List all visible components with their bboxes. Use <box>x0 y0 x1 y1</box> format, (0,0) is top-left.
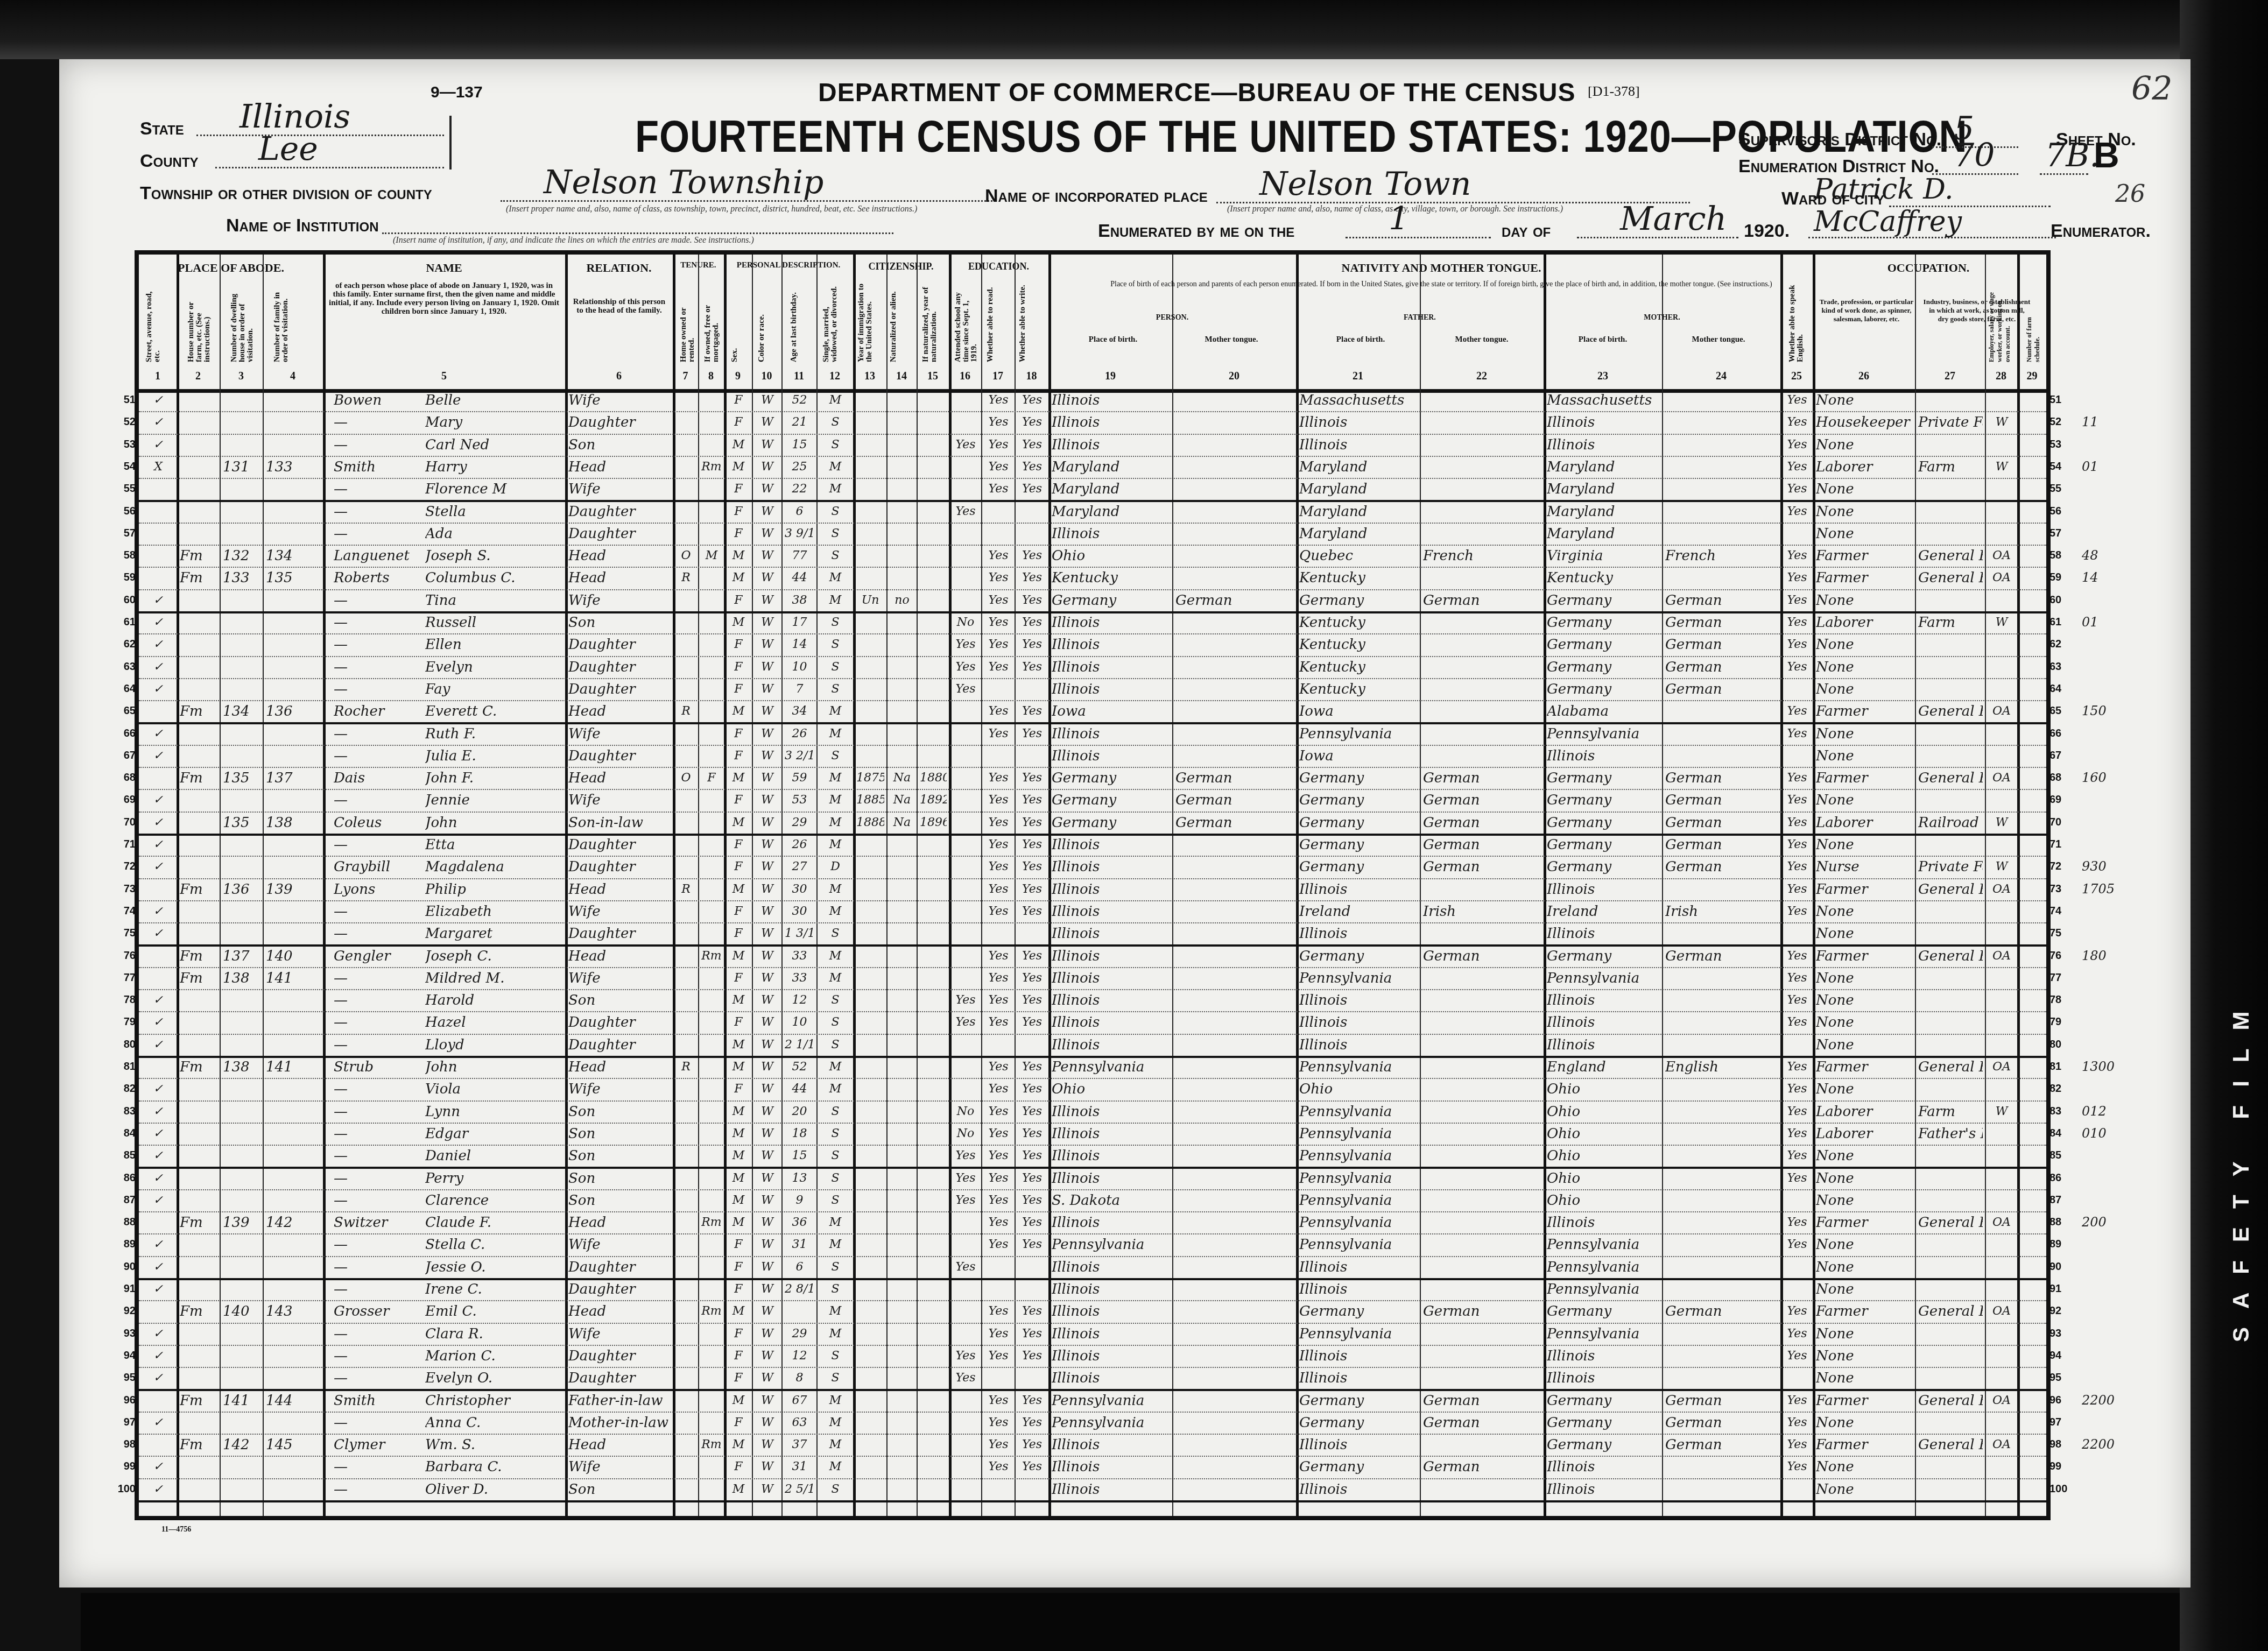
pob-cell: Ohio <box>1052 546 1170 566</box>
read-cell <box>984 502 1012 522</box>
mtongue-cell <box>1665 1234 1778 1255</box>
street-cell: ✓ <box>142 390 174 411</box>
house-cell <box>180 1102 217 1122</box>
sex-cell: F <box>727 1346 750 1366</box>
write-cell <box>1018 1257 1046 1278</box>
column-number: 2 <box>177 370 220 383</box>
given-name-cell: Daniel <box>425 1146 562 1166</box>
surname-cell: Languenet <box>334 546 420 566</box>
nat-cell <box>890 857 914 877</box>
mtongue-cell: German <box>1665 1413 1778 1433</box>
ftongue-cell: French <box>1423 546 1541 566</box>
age-cell: 29 <box>785 813 814 833</box>
given-name-cell: Columbus C. <box>425 568 562 588</box>
fpob-cell: Germany <box>1299 590 1418 611</box>
nat-cell <box>890 1346 914 1366</box>
relation-cell: Daughter <box>568 857 671 877</box>
race-cell: W <box>755 1457 779 1477</box>
write-cell: Yes <box>1018 457 1046 477</box>
tongue-cell <box>1175 1279 1294 1300</box>
stamp-number: 62 <box>2131 70 2172 108</box>
street-cell: ✓ <box>142 1124 174 1144</box>
imm-cell: Un <box>856 590 884 611</box>
mtongue-cell: German <box>1665 1391 1778 1411</box>
table-row: 7979✓—HazelDaughterFW10SYesYesYesIllinoi… <box>139 1011 2046 1034</box>
house-cell <box>180 612 217 633</box>
race-cell: W <box>755 1301 779 1322</box>
relation-cell: Wife <box>568 724 671 744</box>
ftongue-cell <box>1423 390 1541 411</box>
mpob-cell: Germany <box>1547 1435 1660 1455</box>
mort-cell <box>701 813 722 833</box>
own-cell <box>676 835 696 855</box>
read-cell: Yes <box>984 390 1012 411</box>
dwelling-cell: 142 <box>223 1435 260 1455</box>
relation-cell: Daughter <box>568 502 671 522</box>
school-cell: Yes <box>952 679 979 700</box>
school-cell: Yes <box>952 435 979 455</box>
school-cell: Yes <box>952 1146 979 1166</box>
col-24-label: Mother tongue. <box>1662 335 1775 344</box>
given-name-cell: John <box>425 1057 562 1077</box>
age-cell: 2 5/12 <box>785 1479 814 1500</box>
pob-cell: Germany <box>1052 590 1170 611</box>
read-cell <box>984 1257 1012 1278</box>
english-cell: Yes <box>1784 990 1811 1011</box>
own-cell <box>676 1479 696 1500</box>
relation-cell: Wife <box>568 901 671 922</box>
mtongue-cell: German <box>1665 835 1778 855</box>
surname-cell: — <box>334 790 420 810</box>
english-cell <box>1784 923 1811 944</box>
industry-cell: Farm <box>1918 612 1983 633</box>
school-cell <box>952 1279 979 1300</box>
given-name-cell: Florence M <box>425 479 562 499</box>
natyr-cell <box>920 1257 947 1278</box>
imm-cell <box>856 1479 884 1500</box>
house-cell <box>180 790 217 810</box>
dwelling-cell <box>223 835 260 855</box>
farm-cell <box>2020 546 2045 566</box>
street-cell <box>142 546 174 566</box>
line-number: 81 <box>112 1056 136 1078</box>
trade-cell: Nurse <box>1816 857 1913 877</box>
margin-annotation: 48 <box>2082 545 2127 567</box>
read-cell: Yes <box>984 1346 1012 1366</box>
mpob-cell: Illinois <box>1547 1346 1660 1366</box>
write-cell: Yes <box>1018 790 1046 810</box>
table-row: 100100✓—Oliver D.SonMW2 5/12SIllinoisIll… <box>139 1478 2046 1502</box>
english-cell: Yes <box>1784 502 1811 522</box>
surname-cell: — <box>334 1479 420 1500</box>
line-number-right: 97 <box>2049 1412 2080 1434</box>
race-cell: W <box>755 1391 779 1411</box>
school-cell <box>952 1324 979 1344</box>
own-cell: R <box>676 568 696 588</box>
school-cell <box>952 1079 979 1099</box>
nat-cell <box>890 479 914 499</box>
race-cell: W <box>755 679 779 700</box>
col-27-label: Industry, business, or establishment in … <box>1923 298 2031 323</box>
column-number: 3 <box>220 370 263 383</box>
marital-cell: M <box>820 1057 851 1077</box>
street-cell: ✓ <box>142 790 174 810</box>
family-cell <box>266 1035 321 1055</box>
house-cell <box>180 901 217 922</box>
street-cell: ✓ <box>142 590 174 611</box>
school-cell <box>952 1035 979 1055</box>
own-cell: O <box>676 768 696 788</box>
family-cell <box>266 634 321 655</box>
emp-cell <box>1988 968 2015 989</box>
sex-cell: F <box>727 679 750 700</box>
column-number: 21 <box>1296 370 1420 383</box>
natyr-cell <box>920 879 947 900</box>
race-cell: W <box>755 1190 779 1211</box>
mtongue-cell: German <box>1665 1301 1778 1322</box>
house-cell <box>180 634 217 655</box>
mort-cell <box>701 412 722 433</box>
pob-cell: Pennsylvania <box>1052 1234 1170 1255</box>
relation-cell: Wife <box>568 1324 671 1344</box>
race-cell: W <box>755 1057 779 1077</box>
age-cell: 36 <box>785 1212 814 1233</box>
english-cell: Yes <box>1784 901 1811 922</box>
school-cell <box>952 923 979 944</box>
fpob-cell: Pennsylvania <box>1299 1324 1418 1344</box>
read-cell: Yes <box>984 1324 1012 1344</box>
imm-cell <box>856 1413 884 1433</box>
natyr-cell <box>920 479 947 499</box>
table-row: 585848Fm132134LanguenetJoseph S.HeadOMMW… <box>139 545 2046 568</box>
industry-cell <box>1918 1479 1983 1500</box>
table-row: 7272930✓GraybillMagdalenaDaughterFW27DYe… <box>139 856 2046 879</box>
marital-cell: S <box>820 1012 851 1033</box>
english-cell: Yes <box>1784 1346 1811 1366</box>
ftongue-cell <box>1423 701 1541 722</box>
col-9-label: Sex. <box>731 281 739 362</box>
nat-cell <box>890 1391 914 1411</box>
own-cell <box>676 1190 696 1211</box>
line-number-right: 57 <box>2049 523 2080 545</box>
read-cell <box>984 1368 1012 1388</box>
trade-cell: None <box>1816 1346 1913 1366</box>
ftongue-cell <box>1423 1212 1541 1233</box>
industry-cell <box>1918 724 1983 744</box>
tongue-cell <box>1175 412 1294 433</box>
fpob-cell: Illinois <box>1299 990 1418 1011</box>
family-cell <box>266 524 321 544</box>
family-cell <box>266 479 321 499</box>
mtongue-cell: German <box>1665 612 1778 633</box>
own-cell <box>676 990 696 1011</box>
mtongue-cell <box>1665 1257 1778 1278</box>
emp-cell <box>1988 1479 2015 1500</box>
fpob-cell: Iowa <box>1299 701 1418 722</box>
english-cell: Yes <box>1784 1457 1811 1477</box>
ftongue-cell <box>1423 657 1541 678</box>
own-cell <box>676 435 696 455</box>
mpob-cell: Illinois <box>1547 1479 1660 1500</box>
read-cell: Yes <box>984 657 1012 678</box>
marital-cell: M <box>820 590 851 611</box>
dwelling-cell: 140 <box>223 1301 260 1322</box>
mtongue-cell <box>1665 1346 1778 1366</box>
mpob-cell: Illinois <box>1547 1012 1660 1033</box>
industry-cell: Father's Farm <box>1918 1124 1983 1144</box>
tongue-cell <box>1175 524 1294 544</box>
school-cell <box>952 724 979 744</box>
english-cell <box>1784 679 1811 700</box>
mpob-cell: Maryland <box>1547 502 1660 522</box>
relation-cell: Daughter <box>568 679 671 700</box>
surname-cell: Smith <box>334 457 420 477</box>
house-cell <box>180 390 217 411</box>
english-cell: Yes <box>1784 479 1811 499</box>
tongue-cell <box>1175 923 1294 944</box>
own-cell <box>676 724 696 744</box>
nat-cell <box>890 412 914 433</box>
dwelling-cell <box>223 901 260 922</box>
english-cell <box>1784 524 1811 544</box>
read-cell: Yes <box>984 568 1012 588</box>
emp-cell <box>1988 590 2015 611</box>
dwelling-cell <box>223 524 260 544</box>
school-cell: Yes <box>952 1368 979 1388</box>
table-row: 81811300Fm138141StrubJohnHeadRMW52MYesYe… <box>139 1056 2046 1079</box>
read-cell: Yes <box>984 1301 1012 1322</box>
trade-cell: Farmer <box>1816 1301 1913 1322</box>
fpob-cell: Pennsylvania <box>1299 1168 1418 1189</box>
surname-cell: — <box>334 412 420 433</box>
relation-cell: Daughter <box>568 412 671 433</box>
farm-cell <box>2020 435 2045 455</box>
age-cell: 21 <box>785 412 814 433</box>
natyr-cell <box>920 634 947 655</box>
dwelling-cell <box>223 1257 260 1278</box>
english-cell: Yes <box>1784 634 1811 655</box>
street-cell: ✓ <box>142 835 174 855</box>
marital-cell: M <box>820 1435 851 1455</box>
tongue-cell <box>1175 479 1294 499</box>
read-cell: Yes <box>984 1057 1012 1077</box>
table-row: 595914Fm133135RobertsColumbus C.HeadRMW4… <box>139 567 2046 590</box>
farm-cell <box>2020 990 2045 1011</box>
relation-cell: Daughter <box>568 923 671 944</box>
emp-cell <box>1988 657 2015 678</box>
pob-cell: Illinois <box>1052 1124 1170 1144</box>
english-cell: Yes <box>1784 457 1811 477</box>
mtongue-cell <box>1665 1324 1778 1344</box>
industry-cell: Railroad <box>1918 813 1983 833</box>
write-cell: Yes <box>1018 857 1046 877</box>
own-cell <box>676 1346 696 1366</box>
line-number: 63 <box>112 656 136 678</box>
table-row: 5757—AdaDaughterFW3 9/12SIllinoisMarylan… <box>139 523 2046 546</box>
dwelling-cell <box>223 990 260 1011</box>
tongue-cell <box>1175 612 1294 633</box>
trade-cell: None <box>1816 1413 1913 1433</box>
marital-cell: S <box>820 679 851 700</box>
surname-cell: Bowen <box>334 390 420 411</box>
read-cell: Yes <box>984 1079 1012 1099</box>
own-cell <box>676 1212 696 1233</box>
marital-cell: S <box>820 1257 851 1278</box>
trade-cell: Farmer <box>1816 946 1913 966</box>
age-cell: 12 <box>785 1346 814 1366</box>
fpob-cell: Kentucky <box>1299 568 1418 588</box>
pob-cell: Illinois <box>1052 634 1170 655</box>
industry-cell <box>1918 1234 1983 1255</box>
dwelling-cell <box>223 923 260 944</box>
table-row: 5353✓—Carl NedSonMW15SYesYesYesIllinoisI… <box>139 434 2046 457</box>
english-cell: Yes <box>1784 1435 1811 1455</box>
industry-cell <box>1918 1257 1983 1278</box>
sex-cell: F <box>727 502 750 522</box>
farm-cell <box>2020 412 2045 433</box>
table-row: 8686✓—PerrySonMW13SYesYesYesIllinoisPenn… <box>139 1167 2046 1190</box>
race-cell: W <box>755 790 779 810</box>
dwelling-cell: 136 <box>223 879 260 900</box>
english-cell: Yes <box>1784 590 1811 611</box>
race-cell: W <box>755 923 779 944</box>
mort-cell <box>701 1457 722 1477</box>
race-cell: W <box>755 590 779 611</box>
english-cell <box>1784 1257 1811 1278</box>
english-cell: Yes <box>1784 1168 1811 1189</box>
imm-cell <box>856 612 884 633</box>
age-cell: 30 <box>785 901 814 922</box>
farm-cell <box>2020 1234 2045 1255</box>
street-cell <box>142 479 174 499</box>
surname-cell: — <box>334 1190 420 1211</box>
house-cell <box>180 524 217 544</box>
pob-cell: Illinois <box>1052 1212 1170 1233</box>
mtongue-cell <box>1665 1279 1778 1300</box>
industry-cell <box>1918 634 1983 655</box>
emp-cell <box>1988 990 2015 1011</box>
group-name: NAME <box>323 261 565 275</box>
family-cell: 142 <box>266 1212 321 1233</box>
ftongue-cell: German <box>1423 790 1541 810</box>
own-cell <box>676 1257 696 1278</box>
fpob-cell: Illinois <box>1299 1279 1418 1300</box>
imm-cell <box>856 701 884 722</box>
age-cell: 52 <box>785 390 814 411</box>
fpob-cell: Illinois <box>1299 1368 1418 1388</box>
family-cell <box>266 1479 321 1500</box>
line-number: 64 <box>112 678 136 700</box>
margin-annotation: 1300 <box>2082 1056 2127 1078</box>
family-cell: 145 <box>266 1435 321 1455</box>
farm-cell <box>2020 813 2045 833</box>
own-cell <box>676 1168 696 1189</box>
own-cell <box>676 1102 696 1122</box>
read-cell: Yes <box>984 857 1012 877</box>
margin-annotation: 01 <box>2082 611 2127 633</box>
enumeration-district-label: Enumeration District No. <box>1738 156 1939 177</box>
english-cell: Yes <box>1784 968 1811 989</box>
house-cell: Fm <box>180 1435 217 1455</box>
fpob-cell: Germany <box>1299 857 1418 877</box>
marital-cell: M <box>820 1212 851 1233</box>
pob-cell: Kentucky <box>1052 568 1170 588</box>
imm-cell <box>856 1057 884 1077</box>
natyr-cell <box>920 1457 947 1477</box>
table-row: 6969✓—JennieWifeFW53M1885Na1892YesYesGer… <box>139 789 2046 812</box>
margin-annotation: 200 <box>2082 1211 2127 1233</box>
relation-cell: Daughter <box>568 1012 671 1033</box>
emp-cell: W <box>1988 412 2015 433</box>
farm-cell <box>2020 457 2045 477</box>
column-number: 12 <box>816 370 853 383</box>
industry-cell <box>1918 1368 1983 1388</box>
family-cell <box>266 1457 321 1477</box>
industry-cell <box>1918 502 1983 522</box>
incorporated-place-value: Nelson Town <box>1259 165 1471 203</box>
ftongue-cell <box>1423 1102 1541 1122</box>
sex-cell: F <box>727 857 750 877</box>
nat-cell <box>890 390 914 411</box>
tongue-cell <box>1175 968 1294 989</box>
table-row: 73731705Fm136139LyonsPhilipHeadRMW30MYes… <box>139 878 2046 901</box>
given-name-cell: Lynn <box>425 1102 562 1122</box>
house-cell: Fm <box>180 546 217 566</box>
line-number: 92 <box>112 1300 136 1322</box>
year-label: 1920. <box>1744 221 1790 242</box>
family-cell <box>266 724 321 744</box>
race-cell: W <box>755 568 779 588</box>
margin-annotation: 160 <box>2082 767 2127 789</box>
trade-cell: None <box>1816 679 1913 700</box>
sex-cell: M <box>727 1146 750 1166</box>
dwelling-cell <box>223 612 260 633</box>
mort-cell <box>701 1190 722 1211</box>
tongue-cell <box>1175 1124 1294 1144</box>
pob-cell: Maryland <box>1052 457 1170 477</box>
mpob-cell: Germany <box>1547 946 1660 966</box>
line-number: 59 <box>112 567 136 589</box>
mtongue-cell: German <box>1665 590 1778 611</box>
house-cell <box>180 1012 217 1033</box>
imm-cell <box>856 1435 884 1455</box>
line-number-right: 72 <box>2049 856 2080 878</box>
film-border-bottom <box>81 1593 2180 1651</box>
emp-cell <box>1988 435 2015 455</box>
line-number: 57 <box>112 523 136 545</box>
school-cell <box>952 412 979 433</box>
sex-cell: F <box>727 1457 750 1477</box>
trade-cell: None <box>1816 390 1913 411</box>
line-number: 69 <box>112 789 136 811</box>
fpob-cell: Illinois <box>1299 1346 1418 1366</box>
family-cell: 135 <box>266 568 321 588</box>
line-number-right: 98 <box>2049 1434 2080 1456</box>
family-cell <box>266 1234 321 1255</box>
imm-cell <box>856 857 884 877</box>
group-occupation: OCCUPATION. <box>1813 261 2044 275</box>
column-number: 29 <box>2017 370 2047 383</box>
mtongue-cell <box>1665 435 1778 455</box>
school-cell <box>952 590 979 611</box>
line-number-right: 71 <box>2049 834 2080 856</box>
mort-cell <box>701 1012 722 1033</box>
line-number: 96 <box>112 1389 136 1412</box>
family-cell <box>266 590 321 611</box>
given-name-cell: Clara R. <box>425 1324 562 1344</box>
sex-cell: M <box>727 990 750 1011</box>
farm-cell <box>2020 479 2045 499</box>
